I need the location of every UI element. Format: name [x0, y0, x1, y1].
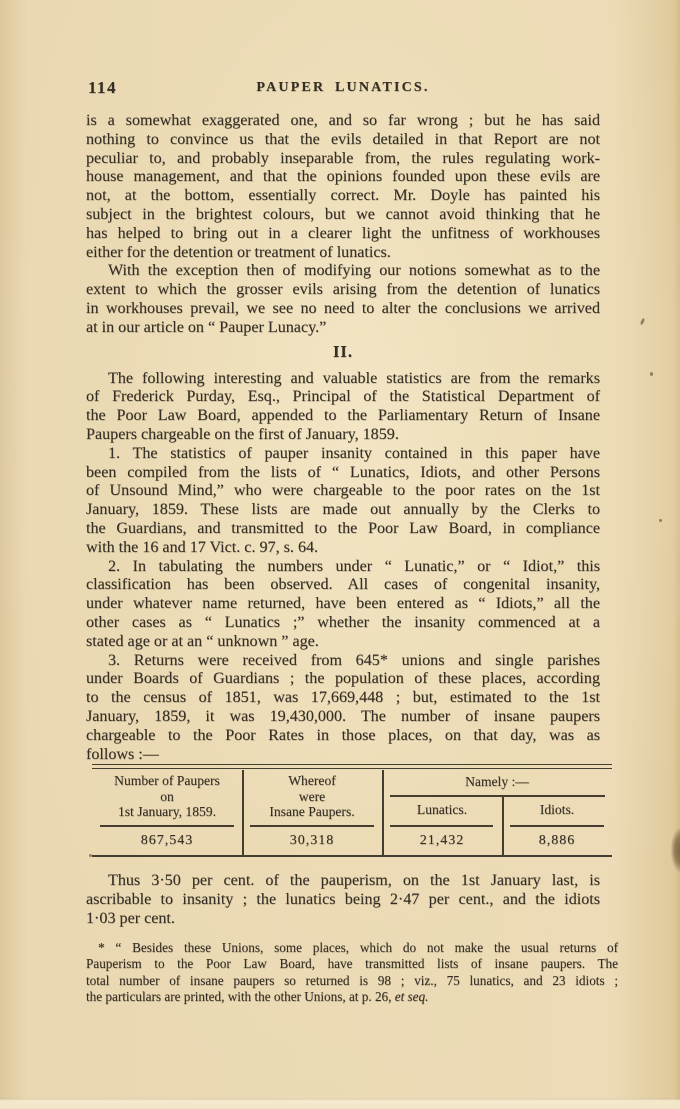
paragraph-3: The following interesting and valuable s…	[86, 370, 600, 445]
text-line: ascribable to insanity ; the lunatics be…	[86, 891, 600, 910]
text-line: Number of Paupers	[92, 773, 242, 789]
text-line: January, 1859. These lists are made out …	[86, 501, 600, 520]
table-subheader-lunatics: Lunatics.	[382, 802, 502, 818]
text-line: the Guardians, and transmitted to the Po…	[86, 520, 600, 539]
text-line: * “ Besides these Unions, some places, w…	[86, 940, 618, 956]
statistics-table: Number of Pauperson1st January, 1859. Wh…	[92, 764, 612, 858]
text-line: either for the detention or treatment of…	[86, 244, 600, 263]
text-line: is a somewhat exaggerated one, and so fa…	[86, 112, 600, 131]
table-cell-insane-paupers: 30,318	[242, 832, 382, 851]
paragraph-7: Thus 3·50 per cent. of the pauperism, on…	[86, 872, 600, 928]
table-cell-total-paupers: 867,543	[92, 832, 242, 851]
text-line: 2. In tabulating the numbers under “ Lun…	[86, 558, 600, 577]
text-line: 3. Returns were received from 645* union…	[86, 652, 600, 671]
table-top-rule	[92, 764, 612, 769]
text-line: under Boards of Guardians ; the populati…	[86, 670, 600, 689]
ink-speck	[650, 372, 653, 376]
footnote: * “ Besides these Unions, some places, w…	[86, 940, 618, 1006]
text-line: at in our article on “ Pauper Lunacy.”	[86, 319, 600, 338]
text-line: January, 1859, it was 19,430,000. The nu…	[86, 708, 600, 727]
text-line: follows :—	[86, 746, 600, 765]
text-line: on	[92, 789, 242, 805]
text-line: not, at the bottom, essentially correct.…	[86, 187, 600, 206]
text-line: The following interesting and valuable s…	[86, 370, 600, 389]
scanned-book-page: 114 PAUPER LUNATICS. is a somewhat exagg…	[0, 0, 680, 1109]
text-line: has helped to bring out in a clearer lig…	[86, 225, 600, 244]
text-line: Paupers chargeable on the first of Janua…	[86, 426, 600, 445]
text-line: Pauperism to the Poor Law Board, have tr…	[86, 956, 618, 972]
text-line: Whereof	[242, 773, 382, 789]
text-line: under whatever name returned, have been …	[86, 595, 600, 614]
table-header-paupers: Number of Pauperson1st January, 1859.	[92, 773, 242, 820]
table-header-rule	[100, 825, 234, 826]
paragraph-1: is a somewhat exaggerated one, and so fa…	[86, 112, 600, 262]
text-line: of Unsound Mind,” who were chargeable to…	[86, 482, 600, 501]
text-line: 1st January, 1859.	[92, 804, 242, 820]
page-edge-stain	[671, 828, 680, 872]
text-line: of Frederick Purday, Esq., Principal of …	[86, 388, 600, 407]
section-heading: II.	[86, 343, 600, 361]
ink-speck	[89, 854, 92, 857]
running-title: PAUPER LUNATICS.	[86, 80, 600, 96]
text-line: Insane Paupers.	[242, 804, 382, 820]
table-bottom-rule	[92, 855, 612, 857]
table-subheader-idiots: Idiots.	[502, 802, 612, 818]
paragraph-4: 1. The statistics of pauper insanity con…	[86, 445, 600, 558]
text-line: nothing to convince us that the evils de…	[86, 131, 600, 150]
table-cell-idiots: 8,886	[502, 832, 612, 851]
table-cell-lunatics: 21,432	[382, 832, 502, 851]
text-line: were	[242, 789, 382, 805]
text-line: with the 16 and 17 Vict. c. 97, s. 64.	[86, 539, 600, 558]
text-block: is a somewhat exaggerated one, and so fa…	[86, 112, 600, 1005]
text-line: house management, and that the opinions …	[86, 168, 600, 187]
table-header-rule	[390, 825, 493, 826]
text-line: been compiled from the lists of “ Lunati…	[86, 464, 600, 483]
text-line: chargeable to the Poor Rates in those pl…	[86, 727, 600, 746]
text-line: subject in the brightest colours, but we…	[86, 206, 600, 225]
text-line: other cases as “ Lunatics ;” whether the…	[86, 614, 600, 633]
table-header-insane: WhereofwereInsane Paupers.	[242, 773, 382, 820]
text-line: to the census of 1851, was 17,669,448 ; …	[86, 689, 600, 708]
text-line: peculiar to, and probably inseparable fr…	[86, 150, 600, 169]
text-line: stated age or at an “ unknown ” age.	[86, 633, 600, 652]
table-header-rule	[250, 825, 374, 826]
ink-speck	[640, 318, 646, 326]
text-line: in workhouses prevail, we see no need to…	[86, 300, 600, 319]
page-bottom-edge	[0, 1098, 680, 1109]
page-header: 114 PAUPER LUNATICS.	[86, 78, 600, 98]
text-line: the Poor Law Board, appended to the Parl…	[86, 407, 600, 426]
paragraph-2: With the exception then of modifying our…	[86, 262, 600, 337]
paragraph-5: 2. In tabulating the numbers under “ Lun…	[86, 558, 600, 652]
text-line: the particulars are printed, with the ot…	[86, 989, 618, 1005]
table-header-rule	[510, 825, 604, 826]
table-header-rule	[390, 795, 605, 796]
text-line: classification has been observed. All ca…	[86, 576, 600, 595]
text-line: With the exception then of modifying our…	[86, 262, 600, 281]
paragraph-6: 3. Returns were received from 645* union…	[86, 652, 600, 765]
table-header-namely: Namely :—	[382, 774, 612, 790]
ink-speck	[659, 519, 662, 522]
text-line: total number of insane paupers so return…	[86, 973, 618, 989]
text-line: 1·03 per cent.	[86, 910, 600, 929]
text-line: Thus 3·50 per cent. of the pauperism, on…	[86, 872, 600, 891]
text-line: extent to which the grosser evils arisin…	[86, 281, 600, 300]
text-line: 1. The statistics of pauper insanity con…	[86, 445, 600, 464]
